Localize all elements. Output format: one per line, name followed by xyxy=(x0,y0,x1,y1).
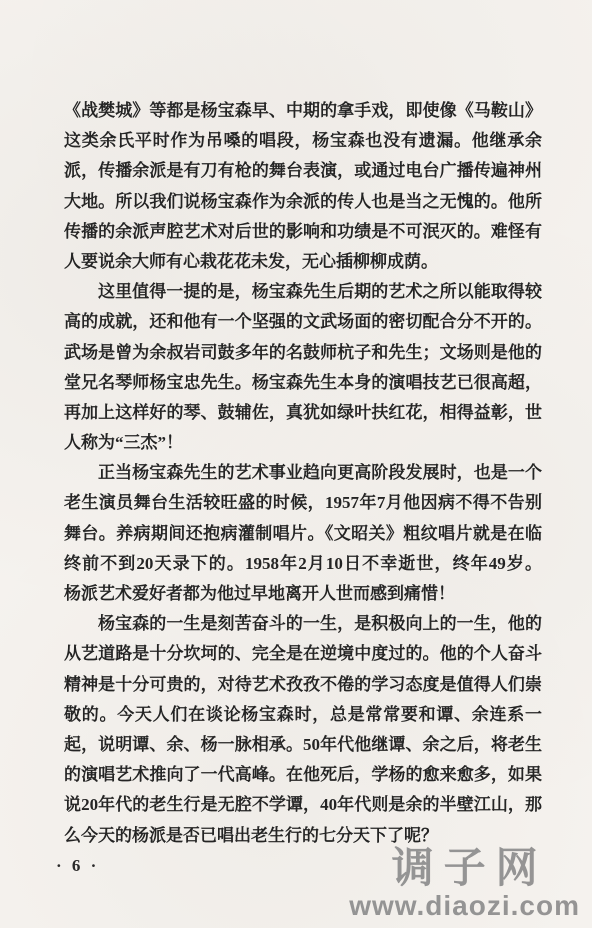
watermark-site-url: www.diaozi.com xyxy=(349,891,580,920)
watermark: 调子网 www.diaozi.com xyxy=(349,847,580,920)
text-line: 人要说余大师有心栽花花未发，无心插柳柳成荫。 xyxy=(64,247,542,277)
text-line: 舞台。养病期间还抱病灌制唱片。《文昭关》粗纹唱片就是在临 xyxy=(64,519,542,549)
text-line: 武场是曾为余叔岩司鼓多年的名鼓师杭子和先生；文场则是他的 xyxy=(64,338,542,368)
text-line: 说20年代的老生行是无腔不学谭，40年代则是余的半壁江山，那 xyxy=(64,790,542,820)
text-line: 传播的余派声腔艺术对后世的影响和功绩是不可泯灭的。难怪有 xyxy=(64,217,542,247)
text-line: 的演唱艺术推向了一代高峰。在他死后，学杨的愈来愈多，如果 xyxy=(64,760,542,790)
text-line: 堂兄名琴师杨宝忠先生。杨宝森先生本身的演唱技艺已很高超， xyxy=(64,368,542,398)
text-line: 杨宝森的一生是刻苦奋斗的一生，是积极向上的一生，他的 xyxy=(64,609,542,639)
scanned-book-page: 《战樊城》等都是杨宝森早、中期的拿手戏，即使像《马鞍山》这类余氏平时作为吊嗓的唱… xyxy=(0,0,592,928)
text-line: 人称为“三杰”！ xyxy=(64,428,542,458)
text-line: 精神是十分可贵的，对待艺术孜孜不倦的学习态度是值得人们崇 xyxy=(64,670,542,700)
text-line: 从艺道路是十分坎坷的、完全是在逆境中度过的。他的个人奋斗 xyxy=(64,639,542,669)
text-line: 老生演员舞台生活较旺盛的时候，1957年7月他因病不得不告别 xyxy=(64,488,542,518)
text-line: 派，传播余派是有刀有枪的舞台表演，或通过电台广播传遍神州 xyxy=(64,156,542,186)
text-line: 《战樊城》等都是杨宝森早、中期的拿手戏，即使像《马鞍山》 xyxy=(64,96,542,126)
text-line: 敬的。今天人们在谈论杨宝森时，总是常常要和谭、余连系一 xyxy=(64,700,542,730)
text-line: 这类余氏平时作为吊嗓的唱段，杨宝森也没有遗漏。他继承余 xyxy=(64,126,542,156)
text-line: 高的成就，还和他有一个坚强的文武场面的密切配合分不开的。 xyxy=(64,307,542,337)
page-text: 《战樊城》等都是杨宝森早、中期的拿手戏，即使像《马鞍山》这类余氏平时作为吊嗓的唱… xyxy=(64,96,542,851)
text-line: 再加上这样好的琴、鼓辅佐，真犹如绿叶扶红花，相得益彰，世 xyxy=(64,398,542,428)
text-line: 杨派艺术爱好者都为他过早地离开人世而感到痛惜！ xyxy=(64,579,542,609)
text-line: 终前不到20天录下的。1958年2月10日不幸逝世，终年49岁。 xyxy=(64,549,542,579)
text-line: 这里值得一提的是，杨宝森先生后期的艺术之所以能取得较 xyxy=(64,277,542,307)
text-line: 大地。所以我们说杨宝森作为余派的传人也是当之无愧的。他所 xyxy=(64,187,542,217)
page-number: · 6 · xyxy=(56,856,99,876)
text-line: 正当杨宝森先生的艺术事业趋向更高阶段发展时，也是一个 xyxy=(64,458,542,488)
watermark-site-name: 调子网 xyxy=(349,847,580,889)
text-line: 起，说明谭、余、杨一脉相承。50年代他继谭、余之后，将老生 xyxy=(64,730,542,760)
